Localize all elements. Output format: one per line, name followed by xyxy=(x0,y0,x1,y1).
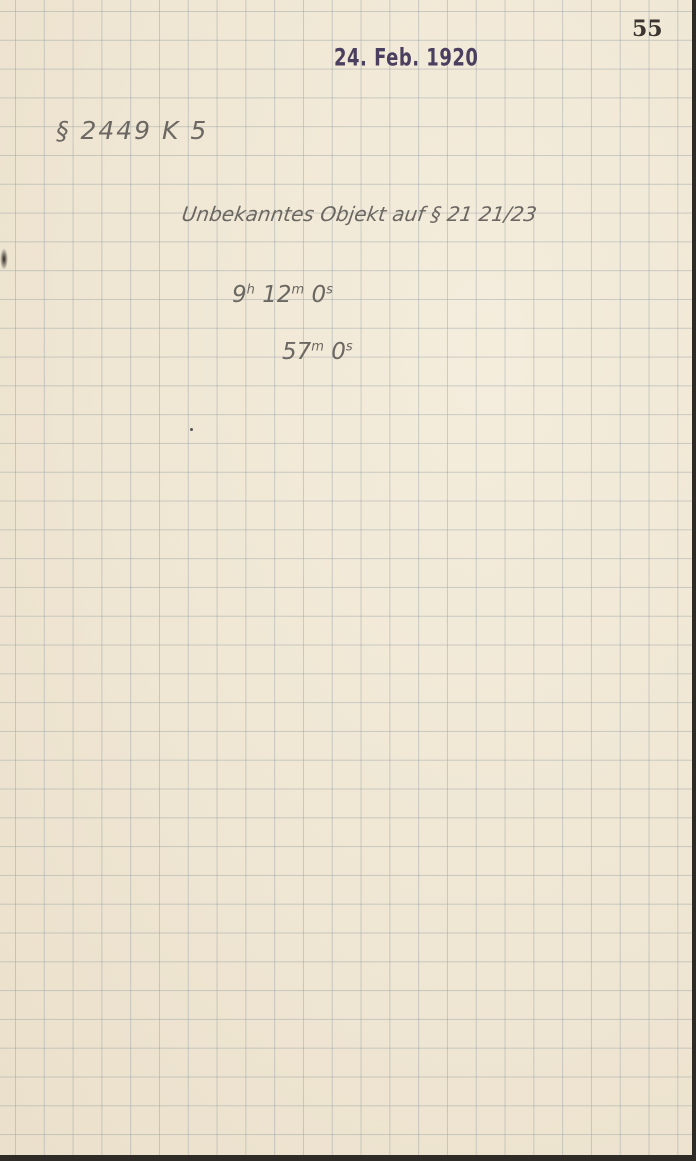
page-number: 55 xyxy=(632,16,663,42)
binding-mark xyxy=(0,248,8,270)
time-entry-2: 57m 0s xyxy=(282,339,353,365)
page-edge-bottom xyxy=(0,1155,696,1161)
seconds-unit: s xyxy=(326,282,333,297)
object-note: Unbekanntes Objekt auf § 21 21/23 xyxy=(180,202,538,226)
date-stamp: 24. Feb. 1920 xyxy=(334,43,478,72)
page-edge-right xyxy=(692,0,696,1161)
notebook-page: 55 24. Feb. 1920 § 2449 K 5 Unbekanntes … xyxy=(0,0,692,1155)
hours-unit: h xyxy=(247,282,255,297)
hours: 9 xyxy=(232,282,247,308)
catalog-reference: § 2449 K 5 xyxy=(56,116,208,145)
seconds: 0 xyxy=(331,339,346,365)
minutes-unit: m xyxy=(291,282,304,297)
minutes: 57 xyxy=(282,339,311,365)
minutes-unit: m xyxy=(311,339,324,354)
pencil-dot xyxy=(190,428,193,431)
minutes: 12 xyxy=(262,282,291,308)
seconds: 0 xyxy=(311,282,326,308)
seconds-unit: s xyxy=(346,339,353,354)
time-entry-1: 9h 12m 0s xyxy=(232,282,333,308)
